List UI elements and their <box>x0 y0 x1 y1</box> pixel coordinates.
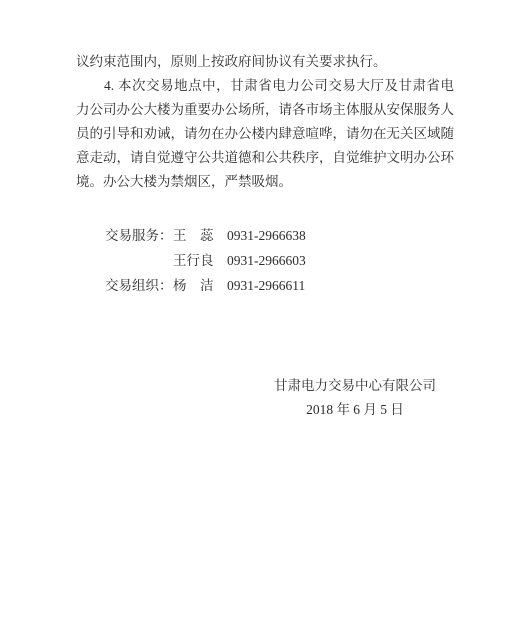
contact-row: 王行良0931-2966603 <box>105 248 306 273</box>
contact-block: 交易服务：王 蕊0931-2966638 王行良0931-2966603 交易组… <box>105 223 306 298</box>
signature-block: 甘肃电力交易中心有限公司 2018 年 6 月 5 日 <box>250 374 460 422</box>
body-line-continuation: 议约束范围内，原则上按政府间协议有关要求执行。 <box>76 50 454 74</box>
contact-phone: 0931-2966638 <box>227 223 306 248</box>
body-line: 力公司办公大楼为重要办公场所，请各市场主体服从安保服务人 <box>76 98 454 122</box>
contact-phone: 0931-2966603 <box>227 248 306 273</box>
body-line: 意走动，请自觉遵守公共道德和公共秩序，自觉维护文明办公环 <box>76 146 454 170</box>
body-text: 议约束范围内，原则上按政府间协议有关要求执行。 4. 本次交易地点中，甘肃省电力… <box>76 50 454 194</box>
contact-row: 交易组织：杨 洁0931-2966611 <box>105 273 306 298</box>
contact-name: 王 蕊 <box>173 223 214 248</box>
contact-phone: 0931-2966611 <box>227 273 305 298</box>
document-page: 议约束范围内，原则上按政府间协议有关要求执行。 4. 本次交易地点中，甘肃省电力… <box>0 0 521 633</box>
contact-row: 交易服务：王 蕊0931-2966638 <box>105 223 306 248</box>
body-line-item4-start: 4. 本次交易地点中，甘肃省电力公司交易大厅及甘肃省电 <box>76 74 454 98</box>
contact-name: 杨 洁 <box>173 273 214 298</box>
contact-name: 王行良 <box>173 248 214 273</box>
body-line-last: 境。办公大楼为禁烟区，严禁吸烟。 <box>76 170 454 194</box>
body-line: 员的引导和劝诫，请勿在办公楼内肆意喧哗，请勿在无关区域随 <box>76 122 454 146</box>
contact-role: 交易服务： <box>105 223 173 248</box>
signature-company: 甘肃电力交易中心有限公司 <box>250 374 460 398</box>
signature-date: 2018 年 6 月 5 日 <box>250 398 460 422</box>
contact-role: 交易组织： <box>105 273 173 298</box>
